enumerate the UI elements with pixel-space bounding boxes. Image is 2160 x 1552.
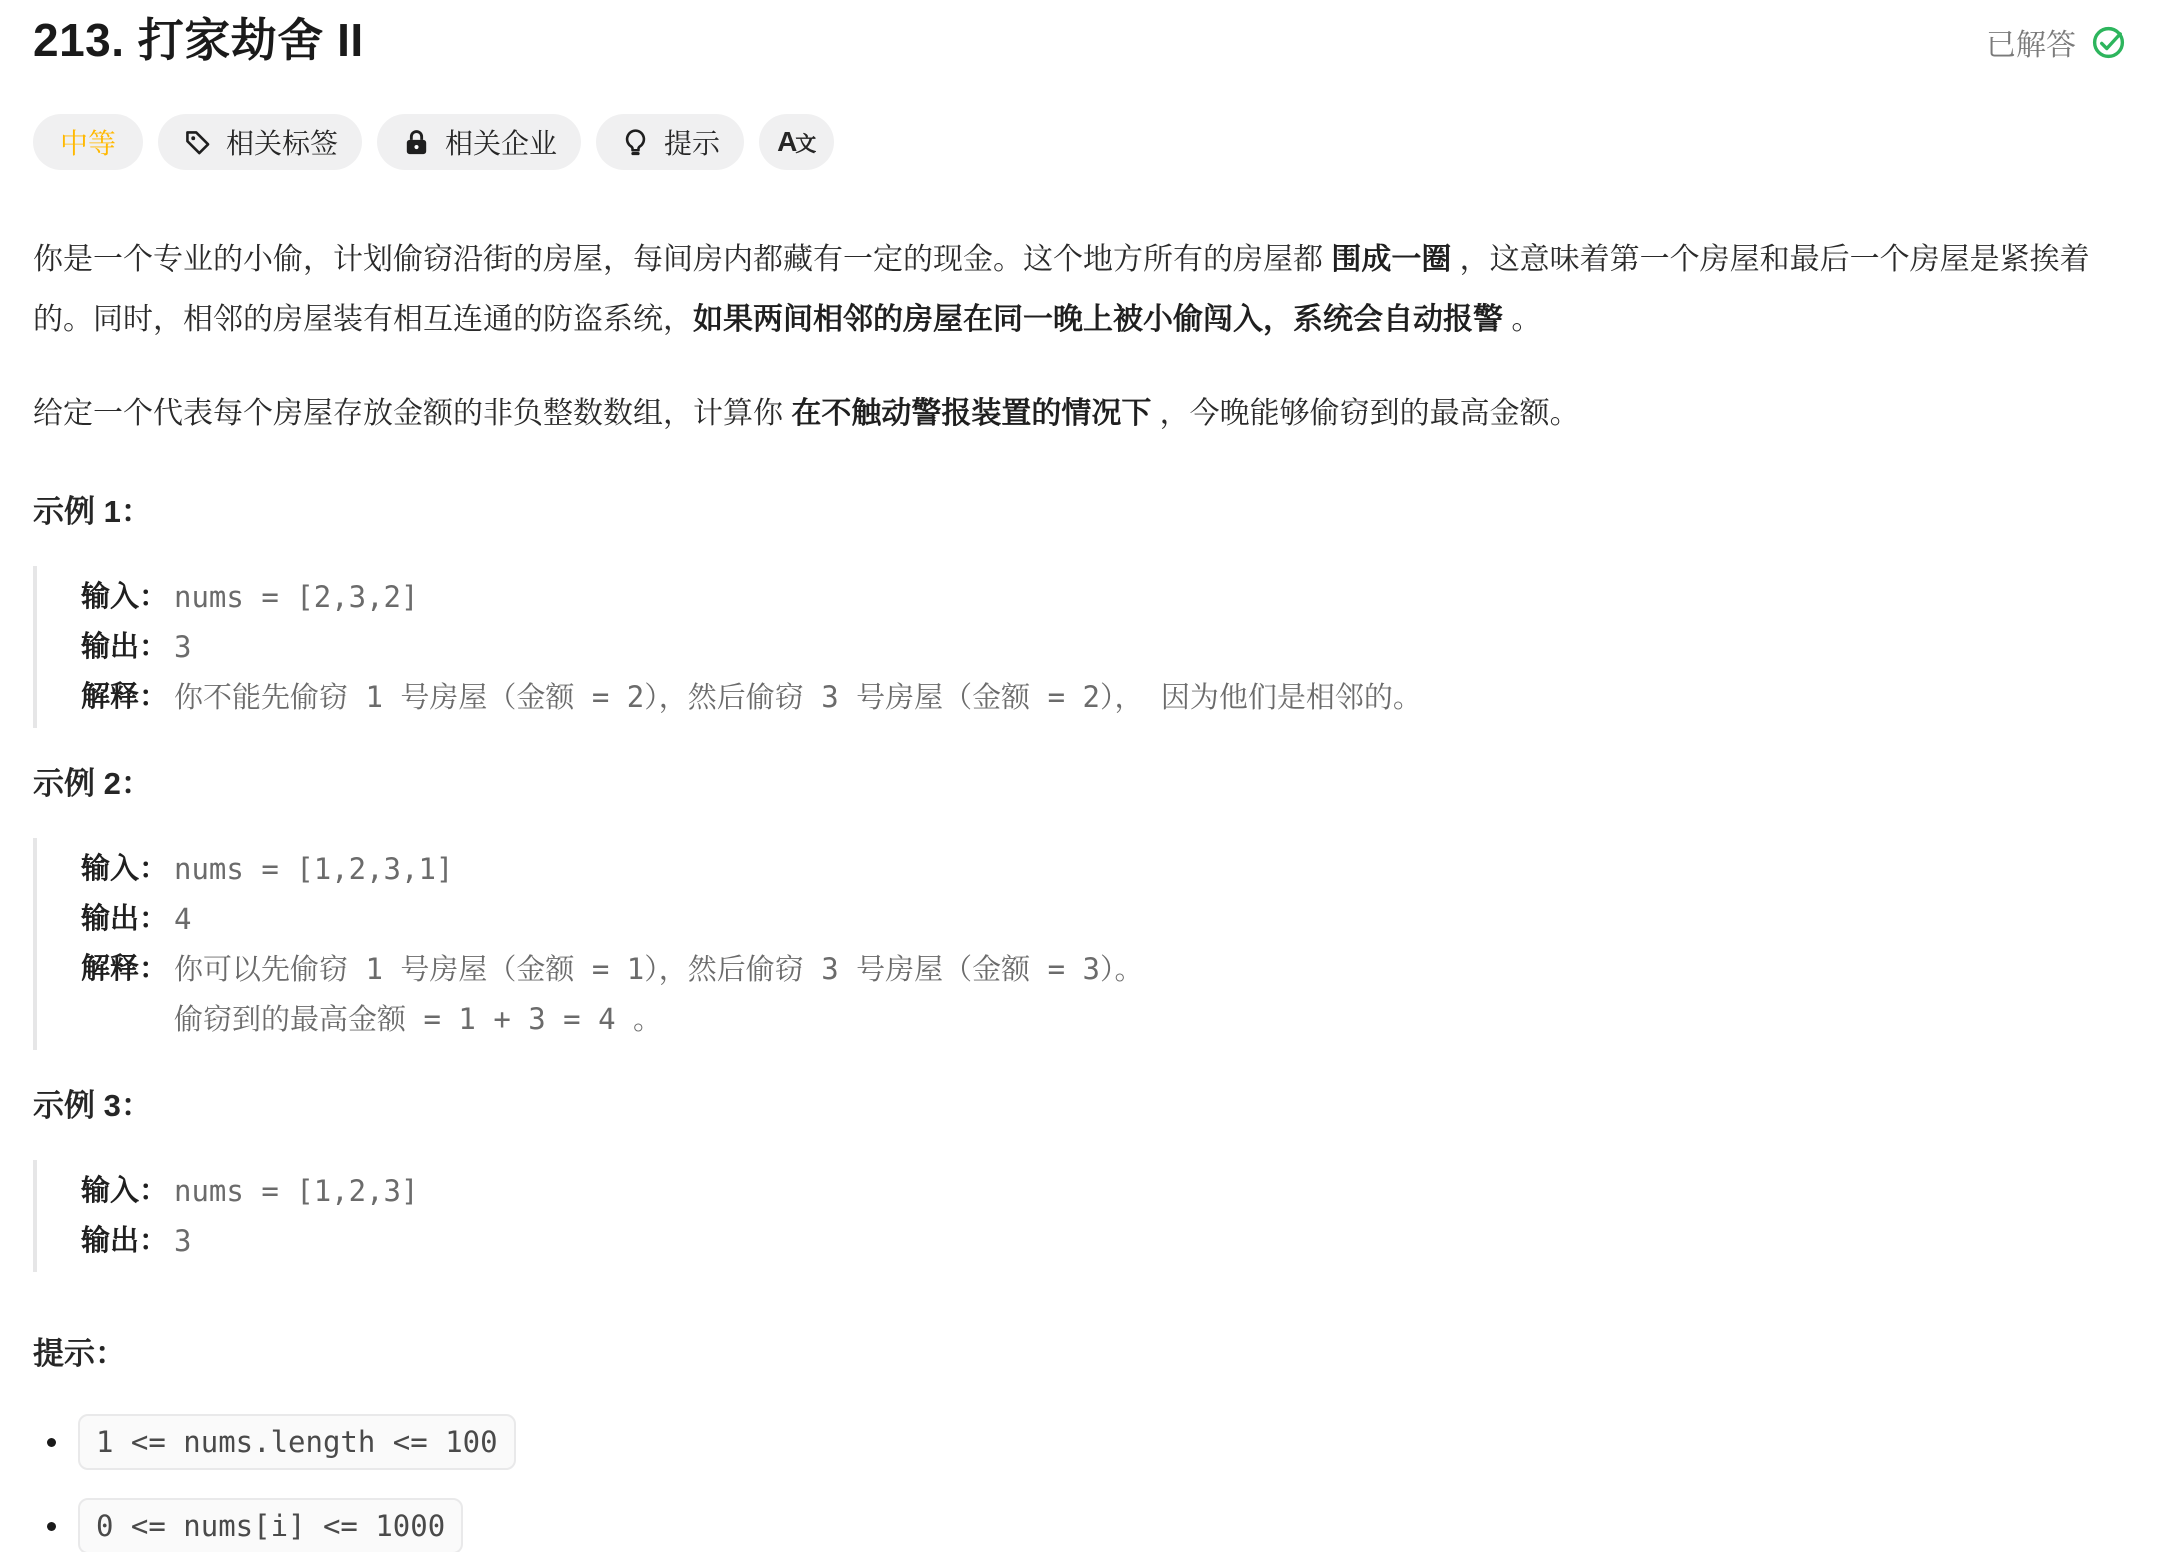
solved-status-label: 已解答 bbox=[1986, 20, 2076, 64]
example-io-line: 输出： 3 bbox=[81, 622, 2127, 672]
hint-button[interactable]: 提示 bbox=[596, 114, 744, 170]
problem-meta-pills: 中等 相关标签 相关企业 bbox=[33, 114, 2127, 170]
problem-title: 213. 打家劫舍 II bbox=[33, 10, 364, 70]
translate-icon: A文 bbox=[777, 126, 816, 158]
emphasis-text: 如果两间相邻的房屋在同一晚上被小偷闯入，系统会自动报警 bbox=[693, 303, 1503, 336]
example-io-line: 解释： 你可以先偷窃 1 号房屋（金额 = 1），然后偷窃 3 号房屋（金额 =… bbox=[81, 944, 2127, 1044]
emphasis-text: 围成一圈 bbox=[1331, 243, 1451, 276]
examples-section: 示例 1： 输入： nums = [2,3,2] 输出： 3 解释： 你不能先偷… bbox=[33, 492, 2127, 1272]
check-circle-icon bbox=[2090, 24, 2127, 61]
io-label: 输出： bbox=[81, 1216, 168, 1266]
io-label: 输出： bbox=[81, 622, 168, 672]
bullet-icon bbox=[47, 1438, 56, 1447]
tag-icon bbox=[182, 127, 213, 158]
io-label: 输出： bbox=[81, 894, 168, 944]
constraints-list: 1 <= nums.length <= 100 0 <= nums[i] <= … bbox=[33, 1414, 2127, 1552]
constraint-item: 1 <= nums.length <= 100 bbox=[33, 1414, 2127, 1470]
constraints-heading: 提示： bbox=[33, 1334, 2127, 1374]
example-io-line: 输入： nums = [2,3,2] bbox=[81, 572, 2127, 622]
related-tags-label: 相关标签 bbox=[226, 122, 338, 162]
bullet-icon bbox=[47, 1522, 56, 1531]
io-value: 你不能先偷窃 1 号房屋（金额 = 2），然后偷窃 3 号房屋（金额 = 2），… bbox=[174, 672, 1422, 722]
description-paragraph: 给定一个代表每个房屋存放金额的非负整数数组，计算你 在不触动警报装置的情况下 ，… bbox=[33, 384, 2127, 444]
example-block: 输入： nums = [1,2,3] 输出： 3 bbox=[33, 1160, 2127, 1272]
constraint-code: 1 <= nums.length <= 100 bbox=[78, 1414, 516, 1470]
io-label: 解释： bbox=[81, 944, 168, 994]
translate-toggle-button[interactable]: A文 bbox=[759, 114, 834, 170]
emphasis-text: 在不触动警报装置的情况下 bbox=[791, 397, 1151, 430]
example-heading: 示例 2： bbox=[33, 764, 2127, 804]
io-label: 解释： bbox=[81, 672, 168, 722]
body-text: 给定一个代表每个房屋存放金额的非负整数数组，计算你 bbox=[33, 397, 791, 430]
io-label: 输入： bbox=[81, 572, 168, 622]
problem-description: 你是一个专业的小偷，计划偷窃沿街的房屋，每间房内都藏有一定的现金。这个地方所有的… bbox=[33, 230, 2127, 444]
description-paragraph: 你是一个专业的小偷，计划偷窃沿街的房屋，每间房内都藏有一定的现金。这个地方所有的… bbox=[33, 230, 2127, 350]
body-text: 。 bbox=[1503, 303, 1541, 336]
example-block: 输入： nums = [1,2,3,1] 输出： 4 解释： 你可以先偷窃 1 … bbox=[33, 838, 2127, 1050]
related-companies-label: 相关企业 bbox=[445, 122, 557, 162]
io-value: nums = [1,2,3,1] bbox=[174, 844, 453, 894]
io-value: 3 bbox=[174, 1216, 191, 1266]
example: 示例 1： 输入： nums = [2,3,2] 输出： 3 解释： 你不能先偷… bbox=[33, 492, 2127, 728]
difficulty-badge[interactable]: 中等 bbox=[33, 114, 143, 170]
io-value: 4 bbox=[174, 894, 191, 944]
related-companies-button[interactable]: 相关企业 bbox=[377, 114, 581, 170]
lightbulb-icon bbox=[620, 127, 651, 158]
constraint-item: 0 <= nums[i] <= 1000 bbox=[33, 1498, 2127, 1552]
difficulty-label: 中等 bbox=[60, 122, 116, 162]
constraint-code: 0 <= nums[i] <= 1000 bbox=[78, 1498, 463, 1552]
io-label: 输入： bbox=[81, 1166, 168, 1216]
example-io-line: 输入： nums = [1,2,3] bbox=[81, 1166, 2127, 1216]
example-io-line: 解释： 你不能先偷窃 1 号房屋（金额 = 2），然后偷窃 3 号房屋（金额 =… bbox=[81, 672, 2127, 722]
lock-icon bbox=[401, 127, 432, 158]
io-value: 你可以先偷窃 1 号房屋（金额 = 1），然后偷窃 3 号房屋（金额 = 3）。… bbox=[174, 944, 1143, 1044]
example: 示例 2： 输入： nums = [1,2,3,1] 输出： 4 解释： 你可以… bbox=[33, 764, 2127, 1050]
io-value: nums = [1,2,3] bbox=[174, 1166, 418, 1216]
example-heading: 示例 3： bbox=[33, 1086, 2127, 1126]
example-io-line: 输出： 4 bbox=[81, 894, 2127, 944]
problem-header: 213. 打家劫舍 II 已解答 bbox=[33, 10, 2127, 70]
io-value: nums = [2,3,2] bbox=[174, 572, 418, 622]
io-label: 输入： bbox=[81, 844, 168, 894]
example-heading: 示例 1： bbox=[33, 492, 2127, 532]
solved-status: 已解答 bbox=[1986, 20, 2127, 64]
body-text: 你是一个专业的小偷，计划偷窃沿街的房屋，每间房内都藏有一定的现金。这个地方所有的… bbox=[33, 243, 1331, 276]
io-value: 3 bbox=[174, 622, 191, 672]
example-io-line: 输出： 3 bbox=[81, 1216, 2127, 1266]
related-tags-button[interactable]: 相关标签 bbox=[158, 114, 362, 170]
example: 示例 3： 输入： nums = [1,2,3] 输出： 3 bbox=[33, 1086, 2127, 1272]
hint-pill-label: 提示 bbox=[664, 122, 720, 162]
example-block: 输入： nums = [2,3,2] 输出： 3 解释： 你不能先偷窃 1 号房… bbox=[33, 566, 2127, 728]
example-io-line: 输入： nums = [1,2,3,1] bbox=[81, 844, 2127, 894]
problem-page: 213. 打家劫舍 II 已解答 中等 相关标签 bbox=[0, 0, 2160, 1552]
body-text: ，今晚能够偷窃到的最高金额。 bbox=[1151, 397, 1579, 430]
